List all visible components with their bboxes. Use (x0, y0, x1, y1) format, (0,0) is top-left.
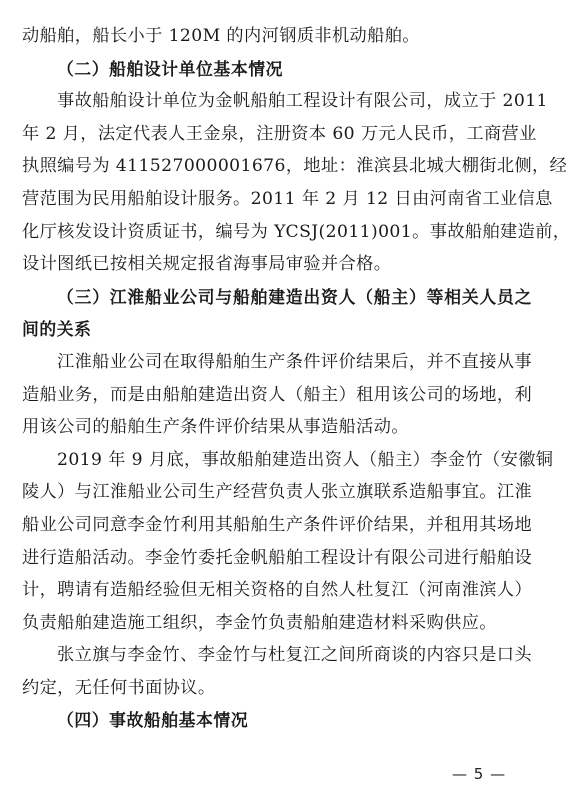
text-line: 化厅核发设计资质证书，编号为 YCSJ(2011)001。事故船舶建造前， (22, 216, 532, 249)
text-line: 年 2 月，法定代表人王金泉，注册资本 60 万元人民币，工商营业 (22, 118, 532, 151)
text-line: 张立旗与李金竹、李金竹与杜复江之间所商谈的内容只是口头 (22, 639, 532, 672)
text-line: 事故船舶设计单位为金帆船舶工程设计有限公司，成立于 2011 (22, 85, 532, 118)
section-heading-2: （二）船舶设计单位基本情况 (22, 53, 532, 86)
text-line: 进行造船活动。李金竹委托金帆船舶工程设计有限公司进行船舶设 (22, 542, 532, 575)
text-line: 用该公司的船舶生产条件评价结果从事造船活动。 (22, 411, 532, 444)
text-line: 营范围为民用船舶设计服务。2011 年 2 月 12 日由河南省工业信息 (22, 183, 532, 216)
page-number: — 5 — (452, 765, 506, 783)
section-heading-3-cont: 间的关系 (22, 313, 532, 346)
text-line: 负责船舶建造施工组织，李金竹负责船舶建造材料采购供应。 (22, 607, 532, 640)
text-line: 动船舶，船长小于 120M 的内河钢质非机动船舶。 (22, 20, 532, 53)
text-line: 船业公司同意李金竹利用其船舶生产条件评价结果，并租用其场地 (22, 509, 532, 542)
text-line: 设计图纸已按相关规定报省海事局审验并合格。 (22, 248, 532, 281)
text-line: 江淮船业公司在取得船舶生产条件评价结果后，并不直接从事 (22, 346, 532, 379)
section-heading-3: （三）江淮船业公司与船舶建造出资人（船主）等相关人员之 (22, 281, 532, 314)
text-line: 计，聘请有造船经验但无相关资格的自然人杜复江（河南淮滨人） (22, 574, 532, 607)
text-line: 造船业务，而是由船舶建造出资人（船主）租用该公司的场地，利 (22, 379, 532, 412)
text-line: 2019 年 9 月底，事故船舶建造出资人（船主）李金竹（安徽铜 (22, 444, 532, 477)
text-line: 执照编号为 411527000001676，地址：淮滨县北城大棚街北侧，经 (22, 150, 532, 183)
text-line: 陵人）与江淮船业公司生产经营负责人张立旗联系造船事宜。江淮 (22, 476, 532, 509)
document-page: 动船舶，船长小于 120M 的内河钢质非机动船舶。 （二）船舶设计单位基本情况 … (22, 20, 532, 737)
text-line: 约定，无任何书面协议。 (22, 672, 532, 705)
section-heading-4: （四）事故船舶基本情况 (22, 704, 532, 737)
